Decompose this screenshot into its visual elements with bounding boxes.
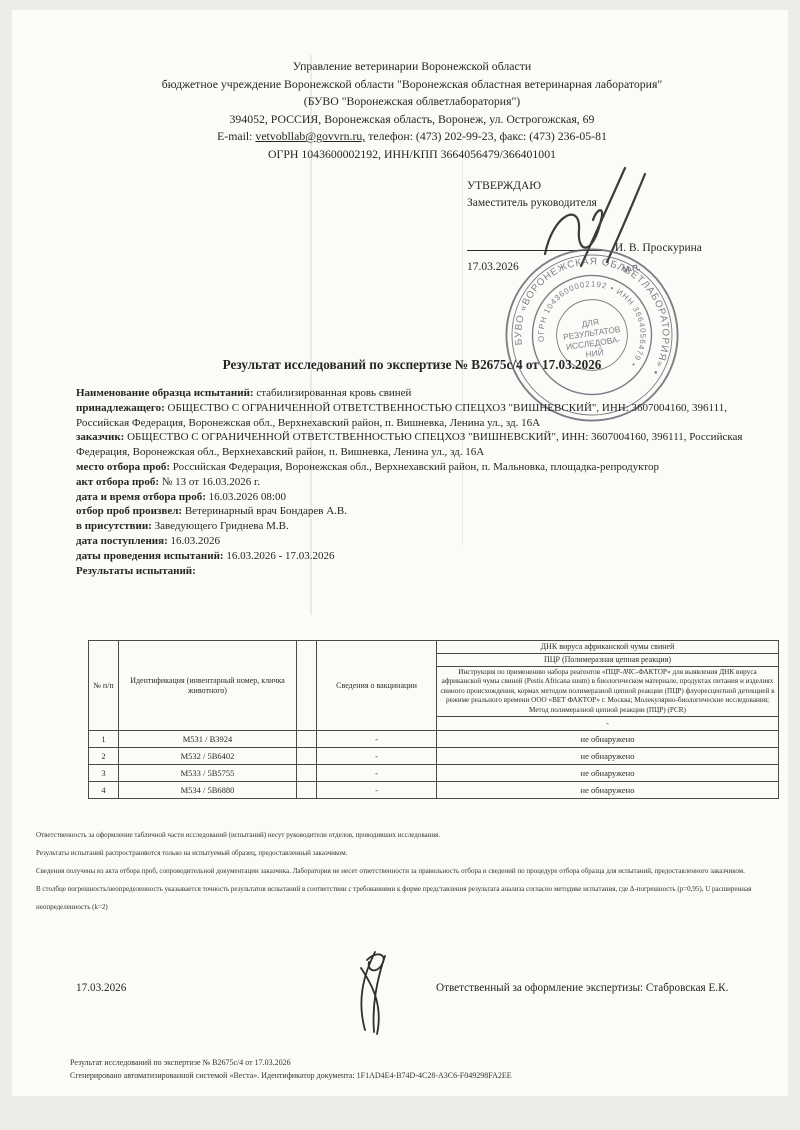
col-header-method-short: ПЦР (Полимеразная цепная реакция) [437,654,779,667]
field-sampled-by: отбор проб произвел: Ветеринарный врач Б… [76,504,760,519]
row-spacer [297,748,317,765]
field-received-date: дата поступления: 16.03.2026 [76,534,760,549]
field-sampling-datetime: дата и время отбора проб: 16.03.2026 08:… [76,490,760,505]
field-label: Наименование образца испытаний: [76,387,254,399]
org-header: Управление ветеринарии Воронежской облас… [12,58,800,163]
field-customer: заказчик: ОБЩЕСТВО С ОГРАНИЧЕННОЙ ОТВЕТС… [76,430,760,460]
row-result: не обнаружено [437,731,779,748]
field-label: принадлежащего: [76,402,165,414]
table-row: 4 М534 / 5В6880 - не обнаружено [89,782,779,799]
row-num: 4 [89,782,119,799]
footnote: Сведения получены из акта отбора проб, с… [36,862,788,880]
row-identification: М531 / В3924 [119,731,297,748]
field-sampling-act: акт отбора проб: № 13 от 16.03.2026 г. [76,475,760,490]
col-header-vaccination: Сведения о вакцинации [317,641,437,731]
row-identification: М532 / 5В6402 [119,748,297,765]
row-identification: М534 / 5В6880 [119,782,297,799]
row-spacer [297,782,317,799]
row-identification: М533 / 5В5755 [119,765,297,782]
col-header-spacer [297,641,317,731]
field-sample-name: Наименование образца испытаний: стабилиз… [76,386,760,401]
table-row: 1 М531 / В3924 - не обнаружено [89,731,779,748]
row-vaccination: - [317,731,437,748]
field-label: заказчик: [76,431,124,443]
row-result: не обнаружено [437,765,779,782]
org-address: 394052, РОССИЯ, Воронежская область, Вор… [12,111,800,129]
field-value: стабилизированная кровь свиней [256,387,411,399]
field-label: даты проведения испытаний: [76,550,224,562]
row-num: 1 [89,731,119,748]
footnote: В столбце погрешность/неопределенность у… [36,880,788,916]
table-header-row: № п/п Идентификация (инвентарный номер, … [89,641,779,654]
row-spacer [297,765,317,782]
col-header-analyte: ДНК вируса африканской чумы свиней [437,641,779,654]
field-value: Ветеринарный врач Бондарев А.В. [185,505,347,517]
footnote: Ответственность за оформление табличной … [36,826,788,844]
results-section-label: Результаты испытаний: [76,564,760,579]
responsible-person: Ответственный за оформление экспертизы: … [436,982,776,994]
field-value: Заведующего Гриднева М.В. [155,520,289,532]
email-link: vetvobllab@govvrn.ru, [255,129,365,143]
signoff-date: 17.03.2026 [76,982,126,994]
field-label: в присутствии: [76,520,152,532]
field-value: 16.03.2026 [170,535,220,547]
scanned-document-page: Управление ветеринарии Воронежской облас… [12,10,788,1096]
footer-expertise-ref: Результат исследований по экспертизе № В… [70,1056,770,1069]
responsible-signature [341,946,411,1041]
org-ogrn-inn: ОГРН 1043600002192, ИНН/КПП 3664056479/3… [12,146,800,164]
col-header-identification: Идентификация (инвентарный номер, кличка… [119,641,297,731]
field-testing-dates: даты проведения испытаний: 16.03.2026 - … [76,549,760,564]
col-header-unit: - [437,717,779,731]
table-row: 2 М532 / 5В6402 - не обнаружено [89,748,779,765]
field-sampling-place: место отбора проб: Российская Федерация,… [76,460,760,475]
email-label: E-mail: [217,129,252,143]
field-label: отбор проб произвел: [76,505,182,517]
row-result: не обнаружено [437,748,779,765]
results-table: № п/п Идентификация (инвентарный номер, … [88,640,779,799]
field-label: место отбора проб: [76,461,170,473]
org-contacts: E-mail: vetvobllab@govvrn.ru, телефон: (… [12,128,800,146]
field-label: дата и время отбора проб: [76,491,206,503]
sample-details: Наименование образца испытаний: стабилиз… [76,386,760,578]
footer-generated-by: Сгенерировано автоматизированной системо… [70,1069,770,1082]
row-spacer [297,731,317,748]
row-vaccination: - [317,782,437,799]
field-value: № 13 от 16.03.2026 г. [162,476,260,488]
org-name-line3: (БУВО "Воронежская облветлаборатория") [12,93,800,111]
phone-fax: телефон: (473) 202-99-23, факс: (473) 23… [368,129,607,143]
field-value: Российская Федерация, Воронежская обл., … [173,461,659,473]
org-name-line2: бюджетное учреждение Воронежской области… [12,76,800,94]
row-vaccination: - [317,765,437,782]
field-label: акт отбора проб: [76,476,159,488]
field-value: 16.03.2026 - 17.03.2026 [226,550,334,562]
row-vaccination: - [317,748,437,765]
field-witness: в присутствии: Заведующего Гриднева М.В. [76,519,760,534]
footnotes: Ответственность за оформление табличной … [36,826,788,916]
table-row: 3 М533 / 5В5755 - не обнаружено [89,765,779,782]
field-label: дата поступления: [76,535,168,547]
row-num: 3 [89,765,119,782]
field-value: ОБЩЕСТВО С ОГРАНИЧЕННОЙ ОТВЕТСТВЕННОСТЬЮ… [76,402,727,429]
org-name-line1: Управление ветеринарии Воронежской облас… [12,58,800,76]
row-result: не обнаружено [437,782,779,799]
col-header-num: № п/п [89,641,119,731]
field-value: 16.03.2026 08:00 [209,491,286,503]
field-value: ОБЩЕСТВО С ОГРАНИЧЕННОЙ ОТВЕТСТВЕННОСТЬЮ… [76,431,742,458]
col-header-method-full: Инструкция по применению набора реагенто… [437,667,779,717]
document-title: Результат исследований по экспертизе № В… [12,357,800,373]
footnote: Результаты испытаний распространяются то… [36,844,788,862]
document-footer: Результат исследований по экспертизе № В… [70,1056,770,1082]
field-owner: принадлежащего: ОБЩЕСТВО С ОГРАНИЧЕННОЙ … [76,401,760,431]
row-num: 2 [89,748,119,765]
